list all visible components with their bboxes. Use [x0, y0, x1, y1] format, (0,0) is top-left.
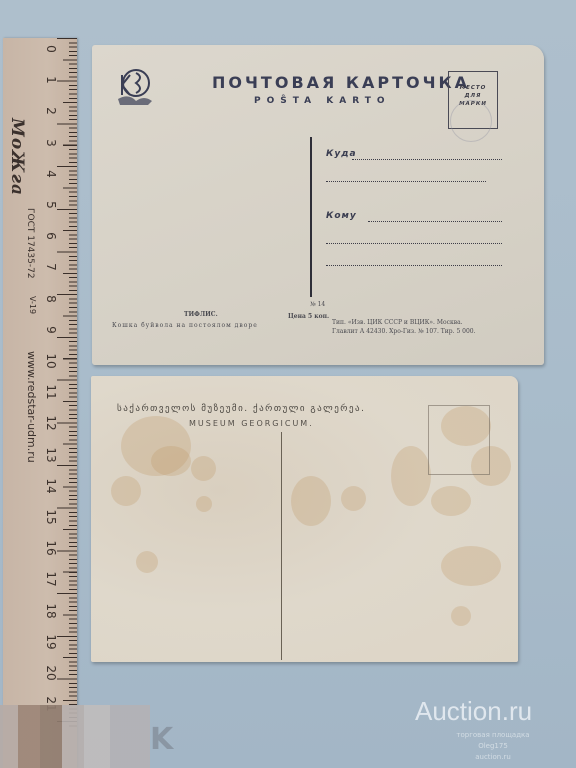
stain — [451, 606, 471, 626]
stain — [111, 476, 141, 506]
ruler-number: 18 — [44, 601, 58, 621]
pixelated-logo-area — [0, 705, 150, 768]
watermark-line-1: торговая площадка — [428, 731, 558, 739]
postmark-icon — [450, 100, 492, 142]
stain — [341, 486, 366, 511]
ruler-number: 19 — [44, 632, 58, 652]
ruler-number: 16 — [44, 538, 58, 558]
ruler-number: 5 — [44, 195, 58, 215]
printer-line-2: Главлит А 42430. Хро-Гиз. № 107. Тир. 5 … — [332, 328, 476, 335]
card-number: № 14 — [310, 301, 325, 308]
stain — [431, 486, 471, 516]
watermark-brand: Auction.ru — [415, 696, 532, 727]
ruler-number: 10 — [44, 351, 58, 371]
address-line-2 — [326, 181, 486, 182]
ruler-number: 12 — [44, 413, 58, 433]
ruler-number: 8 — [44, 289, 58, 309]
ruler-url: www.redstar-udm.ru — [25, 351, 38, 463]
ruler-brand: МоЖга — [7, 118, 27, 196]
ruler-gost: ГОСТ 17435-72 — [25, 208, 35, 279]
stain — [441, 546, 501, 586]
ruler-number: 20 — [44, 663, 58, 683]
address-line-3 — [368, 221, 502, 222]
ruler-number: 6 — [44, 226, 58, 246]
ruler-number: 11 — [44, 382, 58, 402]
georgian-title: საქართველოს მუზეუმი. ქართული გალერეა. — [117, 404, 365, 414]
ruler-number: 9 — [44, 320, 58, 340]
stain — [191, 456, 216, 481]
card-title-esperanto: POŜTA KARTO — [254, 96, 391, 106]
address-where-label: Куда — [326, 149, 357, 159]
ruler-number: 3 — [44, 133, 58, 153]
stamp-placeholder-back — [428, 405, 490, 475]
stain — [291, 476, 331, 526]
stain — [151, 446, 191, 476]
watermark-line-3: auction.ru — [428, 753, 558, 761]
postcard-front: ПОЧТОВАЯ КАРТОЧКА POŜTA KARTO МЕСТО ДЛЯ … — [92, 45, 544, 365]
publisher-logo-icon — [114, 65, 154, 110]
ruler-number: 7 — [44, 257, 58, 277]
printer-line-1: Тип. «Изв. ЦИК СССР и ВЦИК». Москва. — [332, 319, 463, 326]
ruler-number: 1 — [44, 70, 58, 90]
ruler-number: 14 — [44, 476, 58, 496]
address-line-5 — [326, 265, 502, 266]
museum-title: MUSEUM GEORGICUM. — [189, 419, 314, 428]
address-line-4 — [326, 243, 502, 244]
ruler-number: 0 — [44, 39, 58, 59]
ruler-cm-ticks — [57, 38, 77, 728]
postcard-back: საქართველოს მუზეუმი. ქართული გალერეა. MU… — [91, 376, 518, 662]
ruler: МоЖга ГОСТ 17435-72 V-19 www.redstar-udm… — [3, 38, 77, 768]
ruler-number: 15 — [44, 507, 58, 527]
watermark-seller: Oleg175 — [428, 742, 558, 750]
caption-text: Кошка буйвола на постоялом дворе — [112, 322, 258, 329]
card-divider — [310, 137, 312, 297]
stain — [391, 446, 431, 506]
ruler-number: 13 — [44, 445, 58, 465]
address-whom-label: Кому — [326, 211, 357, 221]
ruler-number: 4 — [44, 164, 58, 184]
caption-title: ТИФЛИС. — [184, 311, 218, 318]
card-title-russian: ПОЧТОВАЯ КАРТОЧКА — [212, 73, 470, 92]
address-line-1 — [352, 159, 502, 160]
pixelated-logo-letter: K — [150, 722, 173, 757]
stain — [136, 551, 158, 573]
ruler-date-mark: V-19 — [28, 296, 37, 314]
stain — [196, 496, 212, 512]
ruler-number: 17 — [44, 569, 58, 589]
card-price: Цена 5 коп. — [288, 313, 329, 320]
ruler-number: 2 — [44, 101, 58, 121]
card-back-divider — [281, 432, 282, 660]
